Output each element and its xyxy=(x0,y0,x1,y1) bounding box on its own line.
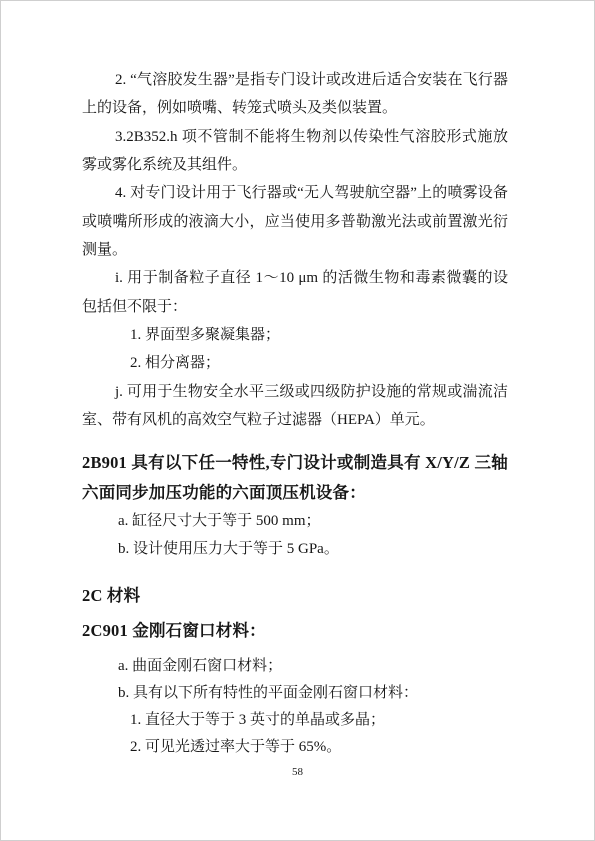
item-j-line-1: j. 可用于生物安全水平三级或四级防护设施的常规或湍流洁净 xyxy=(82,378,508,406)
note-3-line-2: 雾或雾化系统及其组件。 xyxy=(82,151,508,179)
item-i-sub-1: 1. 界面型多聚凝集器； xyxy=(130,321,508,349)
page-number: 58 xyxy=(0,765,595,779)
note-4-line-2: 或喷嘴所形成的液滴大小，应当使用多普勒激光法或前置激光衍射法 xyxy=(82,208,508,236)
entry-2B901-item-a: a. 缸径尺寸大于等于 500 mm； xyxy=(118,508,508,536)
entry-2C901-heading: 2C901 金刚石窗口材料： xyxy=(82,616,508,646)
entry-2C901-item-b-1: 1. 直径大于等于 3 英寸的单晶或多晶； xyxy=(130,707,508,734)
item-i-sub-2: 2. 相分离器； xyxy=(130,349,508,377)
note-3-line-1: 3.2B352.h 项不管制不能将生物剂以传染性气溶胶形式施放的喷 xyxy=(82,123,508,151)
entry-2B901-item-b: b. 设计使用压力大于等于 5 GPa。 xyxy=(118,536,508,564)
note-2-line-1: 2. “气溶胶发生器”是指专门设计或改进后适合安装在飞行器 xyxy=(82,66,508,94)
entry-2B901-heading-line-2: 六面同步加压功能的六面顶压机设备： xyxy=(82,478,508,508)
section-2C-heading: 2C 材料 xyxy=(82,581,508,611)
entry-2C901-item-b-2: 2. 可见光透过率大于等于 65%。 xyxy=(130,734,508,761)
document-page: 2. “气溶胶发生器”是指专门设计或改进后适合安装在飞行器 上的设备，例如喷嘴、… xyxy=(0,0,595,841)
entry-2C901-item-a: a. 曲面金刚石窗口材料； xyxy=(118,653,508,680)
entry-2B901-heading-line-1: 2B901 具有以下任一特性,专门设计或制造具有 X/Y/Z 三轴 xyxy=(82,448,508,478)
item-j-line-2: 室、带有风机的高效空气粒子过滤器（HEPA）单元。 xyxy=(82,406,508,434)
note-4-line-3: 测量。 xyxy=(82,236,508,264)
item-i-line-2: 包括但不限于： xyxy=(82,293,508,321)
entry-2C901-item-b: b. 具有以下所有特性的平面金刚石窗口材料： xyxy=(118,680,508,707)
note-2-line-2: 上的设备，例如喷嘴、转笼式喷头及类似装置。 xyxy=(82,94,508,122)
page-content: 2. “气溶胶发生器”是指专门设计或改进后适合安装在飞行器 上的设备，例如喷嘴、… xyxy=(82,66,508,761)
note-4-line-1: 4. 对专门设计用于飞行器或“无人驾驶航空器”上的喷雾设备 xyxy=(82,179,508,207)
item-i-line-1: i. 用于制备粒子直径 1～10 μm 的活微生物和毒素微囊的设备， xyxy=(82,264,508,292)
